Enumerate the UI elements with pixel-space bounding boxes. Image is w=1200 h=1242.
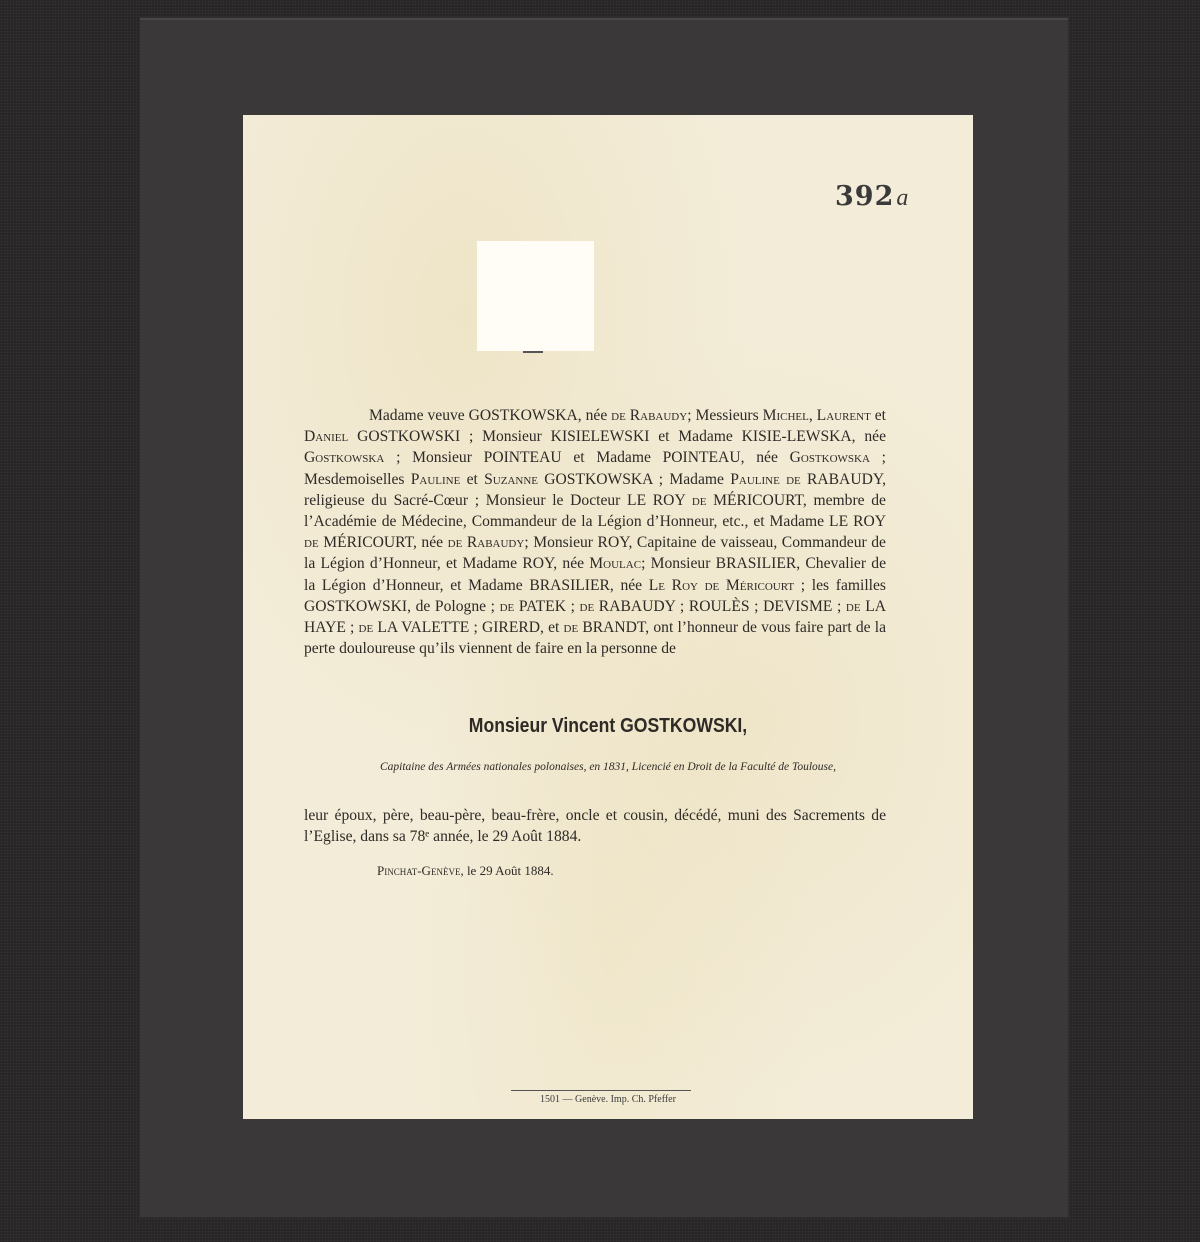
body-segment: GOSTKOWSKI ; Monsieur KISIELEWSKI et Mad…: [348, 428, 886, 445]
body-segment: de: [564, 619, 579, 636]
body-segment: RABAUDY ; ROULÈS ; DEVISME ;: [594, 598, 846, 615]
printer-rule: [511, 1090, 691, 1091]
body-segment: GOSTKOWSKA ; Madame: [538, 471, 730, 488]
body-segment: de: [692, 492, 707, 509]
body-segment: de: [580, 598, 595, 615]
body-segment: MÉRICOURT, née: [319, 534, 448, 551]
body-segment: Le Roy de Méricourt: [649, 577, 794, 594]
body-segment: Moulac: [589, 555, 641, 572]
deceased-title: Capitaine des Armées nationales polonais…: [243, 761, 973, 773]
archive-number: 392a: [835, 181, 909, 212]
body-segment: Gostkowska: [304, 449, 384, 466]
body-segment: PATEK ;: [514, 598, 579, 615]
body-segment: de: [500, 598, 515, 615]
body-segment: et: [460, 471, 484, 488]
body-segment: ; Monsieur POINTEAU et Madame POINTEAU, …: [384, 449, 789, 466]
redaction-mark: [523, 351, 543, 353]
body-segment: Gostkowska: [790, 449, 870, 466]
board-edge: [140, 18, 1068, 20]
body-segment: de: [359, 619, 374, 636]
body-segment: Suzanne: [484, 471, 538, 488]
archive-number-digits: 392: [835, 181, 894, 212]
closing-text: leur époux, père, beau-père, beau-frère,…: [304, 805, 886, 847]
funeral-notice-paper: 392a Madame veuve GOSTKOWSKA, née de Rab…: [243, 115, 973, 1119]
redacted-area: [477, 241, 594, 351]
body-segment: Daniel: [304, 428, 348, 445]
body-segment: de Rabaudy: [611, 407, 687, 424]
body-segment: de: [304, 534, 319, 551]
date: , le 29 Août 1884.: [460, 863, 553, 878]
body-segment: ; Messieurs: [687, 407, 762, 424]
body-segment: Pauline: [411, 471, 461, 488]
place-and-date: Pinchat-Genève, le 29 Août 1884.: [377, 863, 554, 879]
body-segment: Pauline de: [730, 471, 801, 488]
body-segment: LA VALETTE ; GIRERD, et: [373, 619, 563, 636]
body-segment: Michel, Laurent: [763, 407, 871, 424]
place: Pinchat-Genève: [377, 863, 460, 878]
body-segment: et: [871, 407, 886, 424]
archive-number-suffix: a: [896, 185, 909, 211]
deceased-name: Monsieur Vincent GOSTKOWSKI,: [287, 715, 929, 738]
announcement-body: Madame veuve GOSTKOWSKA, née de Rabaudy;…: [304, 405, 886, 659]
printer-imprint: 1501 — Genève. Imp. Ch. Pfeffer: [243, 1094, 973, 1105]
body-segment: de: [846, 598, 861, 615]
body-segment: de Rabaudy: [448, 534, 525, 551]
body-segment: Madame veuve GOSTKOWSKA, née: [369, 407, 611, 424]
